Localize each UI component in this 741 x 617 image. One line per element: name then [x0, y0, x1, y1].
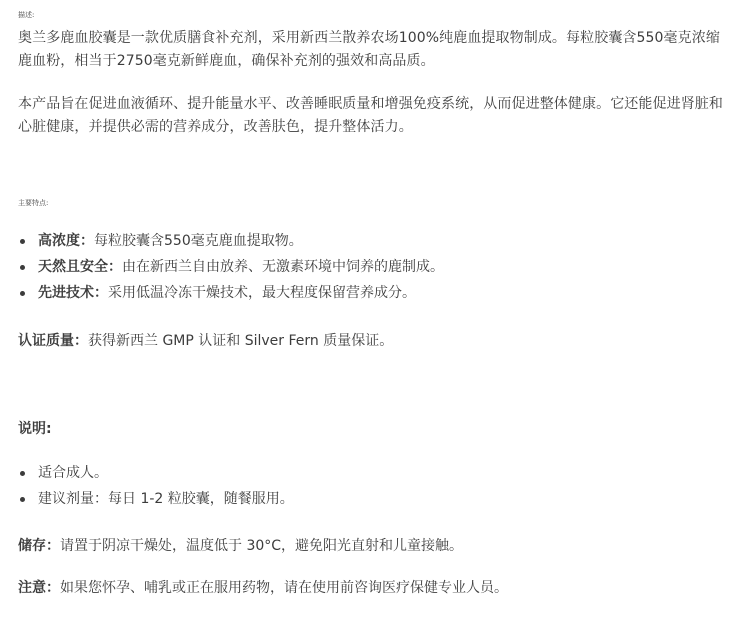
features-list: 高浓度：每粒胶囊含550毫克鹿血提取物。 天然且安全：由在新西兰自由放养、无激素…	[18, 228, 444, 306]
certification-line: 认证质量：获得新西兰 GMP 认证和 Silver Fern 质量保证。	[18, 331, 393, 351]
storage-line: 储存：请置于阴凉干燥处，温度低于 30°C，避免阳光直射和儿童接触。	[18, 536, 463, 556]
description-label: 描述:	[18, 10, 34, 20]
instruction-item: 适合成人。	[18, 460, 294, 486]
storage-text: 请置于阴凉干燥处，温度低于 30°C，避免阳光直射和儿童接触。	[60, 538, 463, 554]
instruction-text: 建议剂量：每日 1-2 粒胶囊，随餐服用。	[38, 491, 294, 507]
instruction-item: 建议剂量：每日 1-2 粒胶囊，随餐服用。	[18, 486, 294, 512]
feature-item: 天然且安全：由在新西兰自由放养、无激素环境中饲养的鹿制成。	[18, 254, 444, 280]
feature-title: 天然且安全：	[38, 259, 122, 275]
feature-item: 高浓度：每粒胶囊含550毫克鹿血提取物。	[18, 228, 444, 254]
features-label: 主要特点:	[18, 198, 48, 208]
description-paragraph-2: 本产品旨在促进血液循环、提升能量水平、改善睡眠质量和增强免疫系统，从而促进整体健…	[18, 93, 733, 139]
instructions-list: 适合成人。 建议剂量：每日 1-2 粒胶囊，随餐服用。	[18, 460, 294, 512]
feature-item: 先进技术：采用低温冷冻干燥技术，最大程度保留营养成分。	[18, 280, 444, 306]
instruction-text: 适合成人。	[38, 465, 108, 481]
feature-title: 高浓度：	[38, 233, 94, 249]
storage-title: 储存：	[18, 538, 60, 554]
caution-line: 注意：如果您怀孕、哺乳或正在服用药物，请在使用前咨询医疗保健专业人员。	[18, 578, 508, 598]
caution-title: 注意：	[18, 580, 60, 596]
certification-text: 获得新西兰 GMP 认证和 Silver Fern 质量保证。	[88, 333, 393, 349]
feature-text: 采用低温冷冻干燥技术，最大程度保留营养成分。	[108, 285, 416, 301]
caution-text: 如果您怀孕、哺乳或正在服用药物，请在使用前咨询医疗保健专业人员。	[60, 580, 508, 596]
instructions-heading: 说明:	[18, 419, 52, 439]
description-paragraph-1: 奥兰多鹿血胶囊是一款优质膳食补充剂，采用新西兰散养农场100%纯鹿血提取物制成。…	[18, 27, 733, 73]
certification-title: 认证质量：	[18, 333, 88, 349]
feature-title: 先进技术：	[38, 285, 108, 301]
feature-text: 由在新西兰自由放养、无激素环境中饲养的鹿制成。	[122, 259, 444, 275]
feature-text: 每粒胶囊含550毫克鹿血提取物。	[94, 233, 303, 249]
